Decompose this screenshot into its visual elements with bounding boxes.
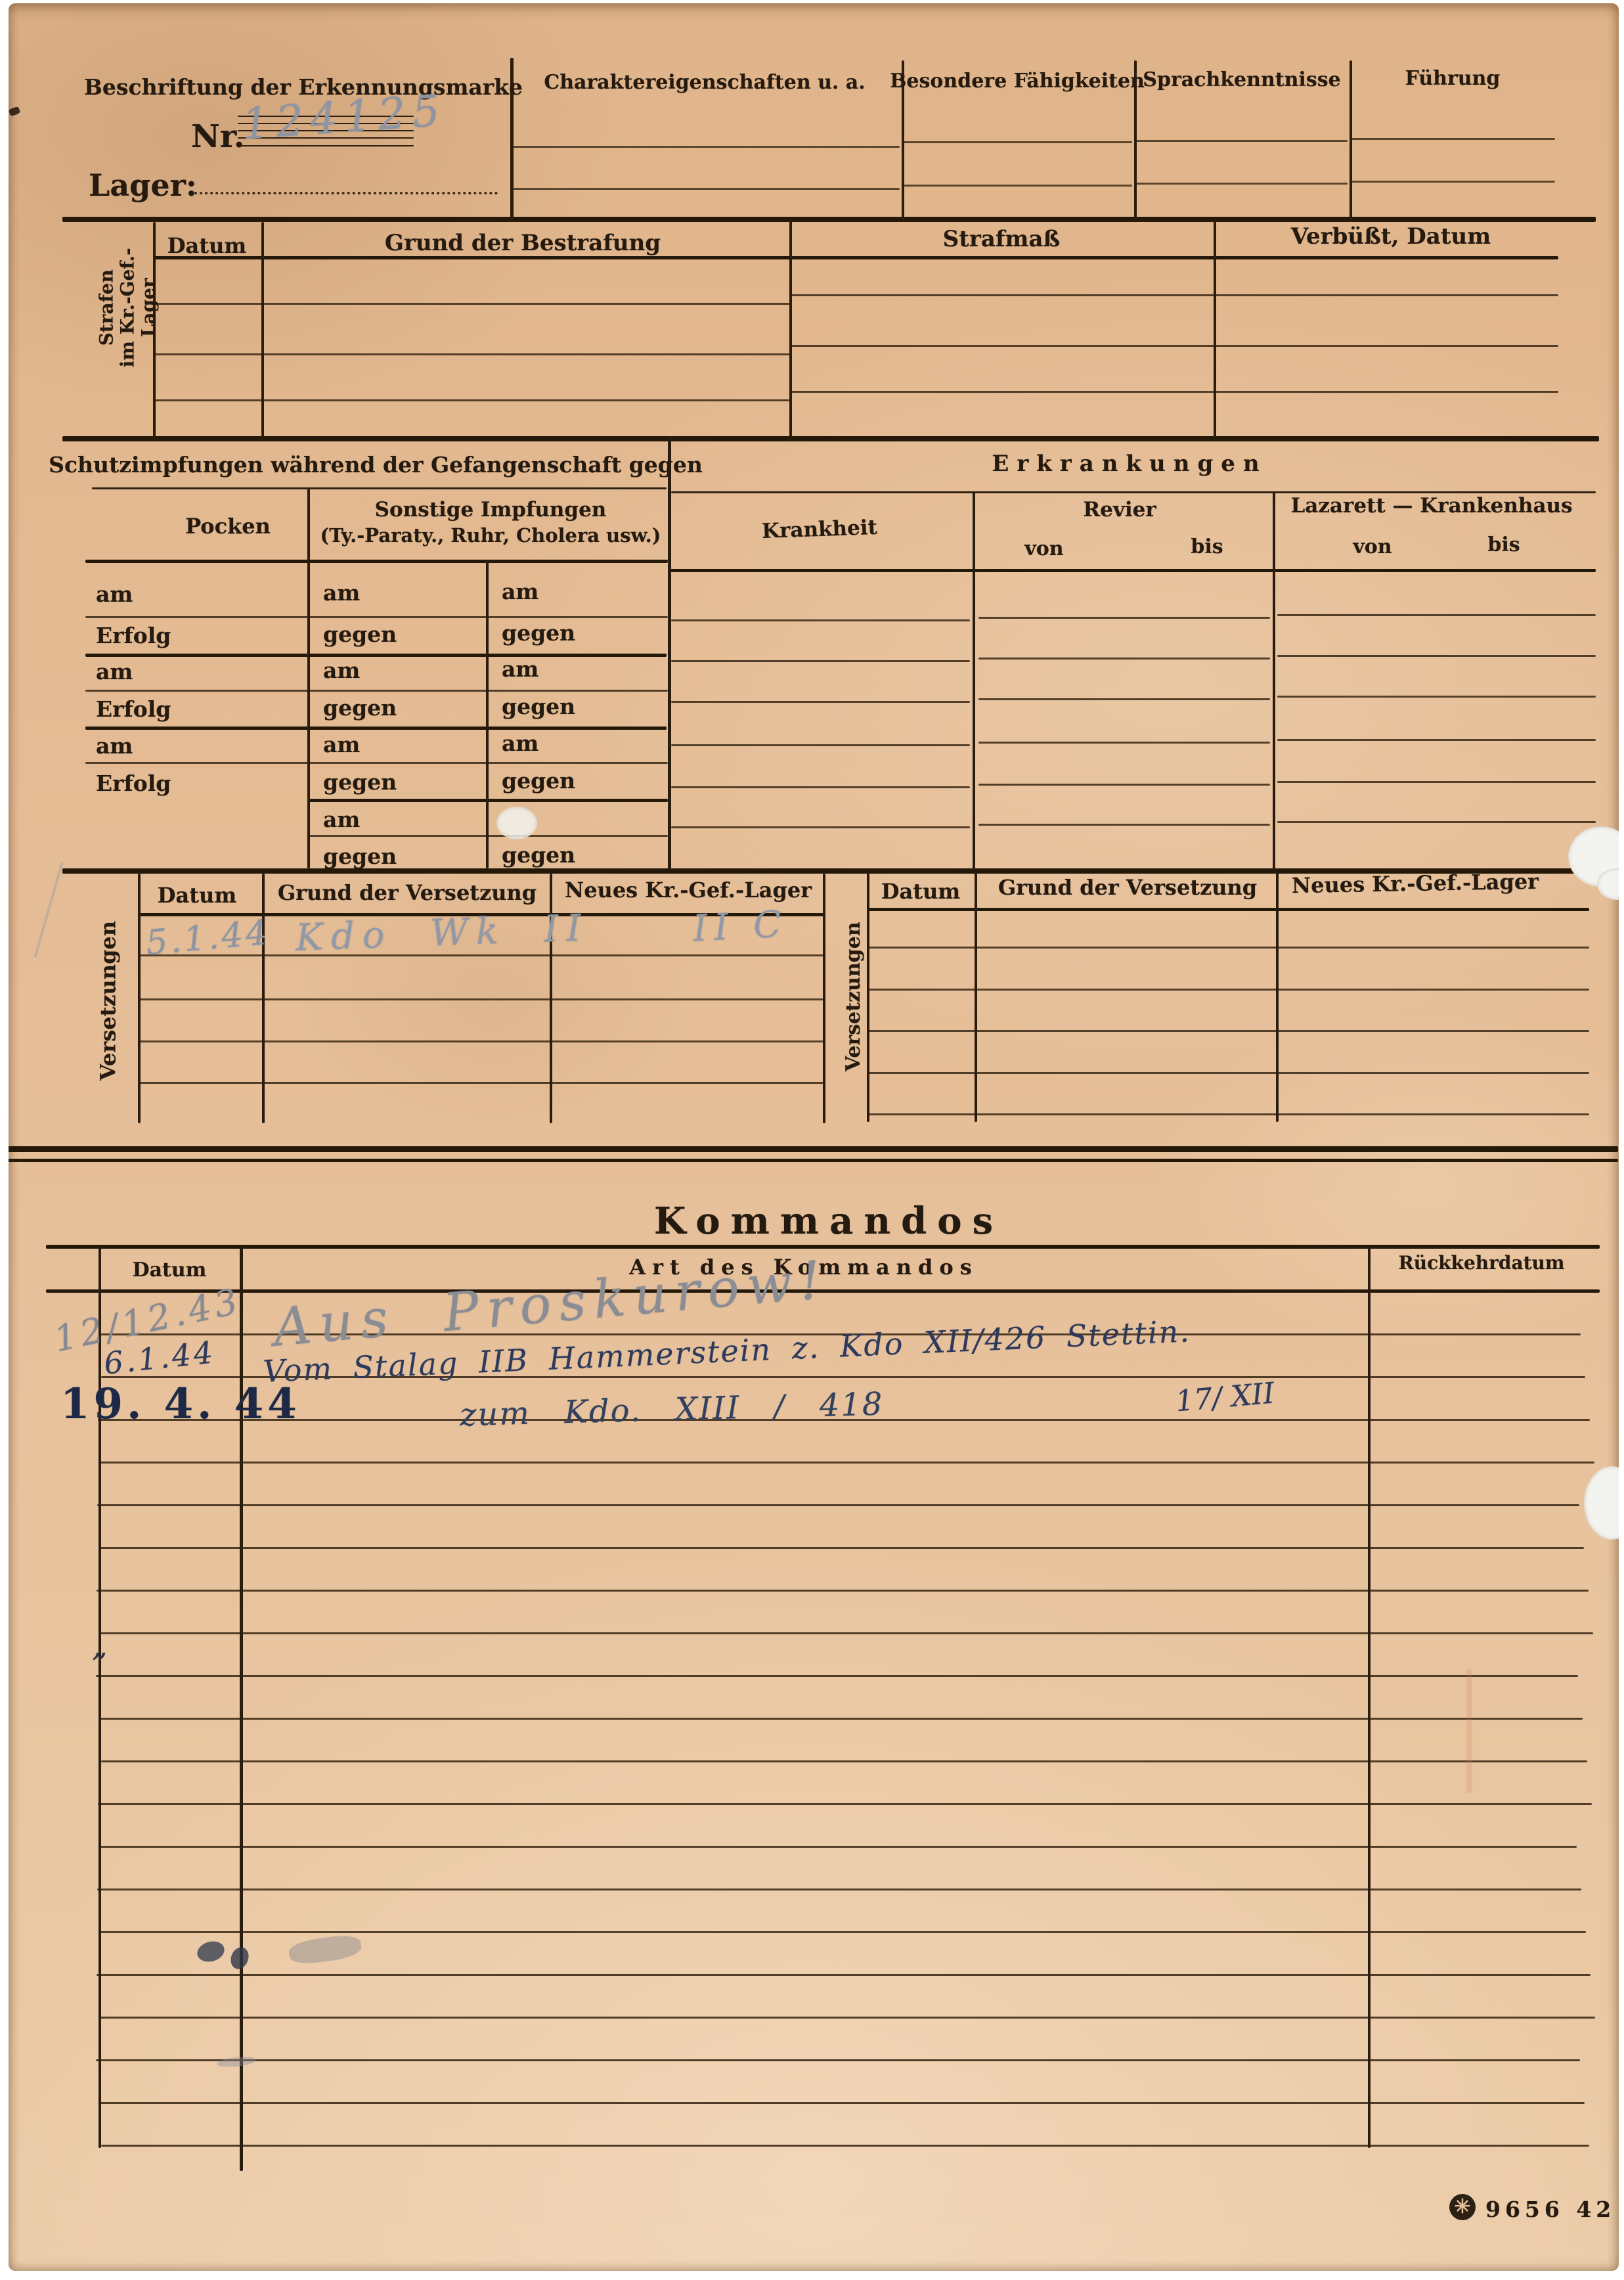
rule-line	[789, 391, 1558, 393]
kommandos-col-rueckkehr: Rückkehrdatum	[1398, 1252, 1564, 1274]
ink-smudge	[195, 1938, 227, 1965]
impf-cell: am	[502, 730, 538, 756]
rule-line	[904, 141, 1132, 143]
scanned-pow-record-card: { "document": { "id_block": { "title": "…	[0, 0, 1624, 2280]
rule-line	[62, 436, 1599, 441]
strafen-col-strafmass: Strafmaß	[943, 226, 1061, 252]
rule-line	[96, 2059, 1580, 2061]
rule-line	[99, 2102, 1585, 2104]
ditto-mark: „	[92, 1628, 108, 1663]
rule-line-vertical	[975, 872, 977, 1122]
traits-col-charakter: Charaktereigenschaften u. a.	[544, 71, 865, 94]
rule-line	[100, 1547, 1584, 1549]
rule-line-vertical	[823, 874, 825, 1123]
impfungen-title: Schutzimpfungen während der Gefangenscha…	[49, 452, 703, 478]
rule-line	[1277, 696, 1596, 698]
nr-label: Nr.	[191, 118, 244, 155]
rule-line	[9, 1159, 1618, 1162]
rule-line	[138, 998, 824, 1000]
erkrankungen-col-revier: Revier	[1083, 498, 1156, 522]
lazarett-von-label: von	[1353, 535, 1392, 558]
impf-cell: am	[323, 807, 360, 832]
rule-line	[1277, 781, 1596, 783]
rule-line	[138, 1082, 824, 1084]
paper-damage-spot	[496, 807, 537, 839]
versetzungen-right-side-label: Versetzungen	[843, 905, 866, 1088]
rule-line-vertical	[668, 436, 671, 870]
impf-cell: am	[96, 659, 133, 684]
rule-line	[100, 1931, 1586, 1933]
vers-left-col-neues: Neues Kr.-Gef.-Lager	[565, 878, 812, 903]
erkrankungen-col-krankheit: Krankheit	[762, 516, 878, 543]
rule-line	[978, 698, 1270, 700]
vers-right-col-grund: Grund der Versetzung	[998, 875, 1257, 900]
pencil-stray-mark	[33, 862, 63, 957]
rule-line	[153, 256, 1558, 259]
impf-cell: gegen	[502, 620, 575, 646]
impf-cell: gegen	[323, 621, 397, 647]
rule-line-vertical	[973, 491, 975, 870]
rule-line	[904, 185, 1132, 187]
rule-line-vertical	[1368, 1246, 1371, 2148]
rule-line	[789, 345, 1558, 347]
rule-line	[97, 1974, 1591, 1976]
print-code: 9656 42 2 D	[1485, 2197, 1619, 2222]
kommando-entry-art: zum Kdo. XIII / 418	[459, 1386, 884, 1434]
rule-line	[978, 617, 1270, 619]
impf-cell: am	[323, 580, 360, 606]
rule-line	[96, 1675, 1578, 1677]
strafen-side-label: Strafen im Kr.-Gef.-Lager	[97, 222, 160, 393]
traits-col-faehigkeiten: Besondere Fähigkeiten	[890, 70, 1145, 93]
paper-sheet: Beschriftung der Erkennungsmarke Nr. 124…	[9, 3, 1619, 2271]
rule-line	[671, 786, 970, 788]
impf-cell: am	[502, 656, 538, 682]
rule-line	[101, 2145, 1589, 2147]
rule-line-vertical	[307, 489, 310, 868]
rule-line	[97, 1504, 1579, 1506]
rule-line	[101, 1760, 1587, 1762]
rule-line	[46, 1245, 1600, 1249]
rule-line-vertical	[138, 874, 141, 1123]
vers-right-col-datum: Datum	[881, 879, 960, 904]
traits-col-fuehrung: Führung	[1405, 67, 1501, 90]
rule-line	[978, 784, 1270, 786]
rule-line	[1351, 138, 1555, 140]
impf-cell: am	[96, 581, 133, 607]
erkrankungen-col-lazarett: Lazarett — Krankenhaus	[1290, 494, 1572, 518]
rule-line	[1351, 181, 1555, 183]
rule-line	[153, 353, 789, 355]
rule-line	[1136, 183, 1348, 185]
ink-speck	[9, 106, 20, 117]
revier-bis-label: bis	[1191, 535, 1223, 558]
rule-line	[1277, 739, 1596, 741]
impf-cell: gegen	[502, 694, 575, 719]
lager-dotted-line	[189, 176, 498, 194]
rule-line	[85, 560, 668, 563]
rule-line	[9, 1146, 1618, 1152]
rule-line-vertical	[1350, 60, 1352, 221]
rule-line	[138, 1040, 824, 1042]
rule-line-vertical	[1214, 219, 1216, 439]
kommandos-col-datum: Datum	[133, 1259, 207, 1282]
rule-line	[85, 654, 667, 657]
strafen-col-grund: Grund der Bestrafung	[385, 230, 661, 256]
revier-von-label: von	[1024, 537, 1063, 560]
rule-line	[100, 1846, 1577, 1848]
lazarett-bis-label: bis	[1487, 533, 1520, 556]
impfungen-col-sonstige-line1: Sonstige Impfungen	[375, 498, 607, 522]
impfungen-col-pocken: Pocken	[185, 514, 271, 539]
impf-cell: am	[96, 733, 133, 759]
impf-cell: Erfolg	[96, 771, 171, 796]
impf-cell: gegen	[502, 768, 575, 794]
paper-stain	[1466, 1668, 1472, 1793]
impf-cell: gegen	[323, 769, 397, 795]
strafen-side-label-line2: im Kr.-Gef.-Lager	[118, 222, 160, 393]
rule-line	[92, 487, 667, 489]
rule-line	[512, 188, 900, 190]
rule-line	[978, 742, 1270, 744]
strafen-col-verbuesst: Verbüßt, Datum	[1291, 223, 1491, 250]
impf-cell: am	[323, 658, 360, 683]
strafen-col-datum: Datum	[167, 233, 246, 258]
rule-line	[671, 660, 970, 662]
rule-line	[1277, 655, 1596, 657]
impf-cell: Erfolg	[96, 696, 171, 722]
rule-line-vertical	[867, 872, 869, 1122]
rule-line	[671, 619, 970, 621]
impf-cell: gegen	[323, 843, 397, 869]
versetzungen-left-side-label: Versetzungen	[97, 908, 121, 1092]
erkrankungen-title: Erkrankungen	[992, 451, 1267, 477]
impf-cell: gegen	[323, 695, 397, 721]
rule-line-vertical	[262, 874, 265, 1123]
lager-label: Lager:	[89, 168, 197, 203]
vers-entry-neues-lager: II C	[691, 903, 789, 950]
impf-cell: am	[502, 579, 538, 604]
impf-cell: gegen	[502, 842, 575, 868]
rule-line	[99, 2017, 1595, 2019]
impf-cell: am	[323, 732, 360, 757]
ink-smudge	[228, 1945, 252, 1972]
rule-line	[1277, 614, 1596, 616]
rule-line	[85, 616, 668, 618]
rule-line	[97, 1590, 1589, 1592]
rule-line	[153, 399, 789, 401]
kommando-entry-datum: 19. 4. 44	[60, 1379, 301, 1429]
rule-line	[671, 826, 970, 828]
rule-line	[85, 762, 668, 764]
vers-left-col-datum: Datum	[158, 883, 236, 908]
impf-cell: Erfolg	[96, 623, 171, 648]
rule-line	[978, 824, 1270, 826]
vers-right-col-neues: Neues Kr.-Gef.-Lager	[1292, 869, 1539, 899]
kommando-entry-rueckkehr-note: 17/ XII	[1174, 1377, 1276, 1419]
rule-line-vertical	[261, 222, 264, 439]
impfungen-col-sonstige-line2: (Ty.-Paraty., Ruhr, Cholera usw.)	[320, 524, 661, 547]
rule-line	[99, 1718, 1583, 1720]
rule-line	[671, 491, 1596, 493]
card-content: Beschriftung der Erkennungsmarke Nr. 124…	[9, 3, 1619, 2271]
rule-line-vertical	[1276, 872, 1279, 1122]
rule-line	[62, 217, 1596, 222]
rule-line	[153, 303, 789, 305]
rule-line	[671, 701, 970, 703]
ink-smudge	[288, 1933, 362, 1967]
strafen-side-label-line1: Strafen	[97, 222, 118, 393]
rule-line	[1136, 140, 1348, 142]
rule-line	[512, 146, 900, 148]
kommandos-title: Kommandos	[654, 1199, 1003, 1243]
rule-line	[978, 658, 1270, 659]
pencil-smudge	[216, 2055, 256, 2068]
rule-line-vertical	[789, 219, 792, 439]
rule-line	[1277, 821, 1596, 823]
rule-line	[85, 690, 668, 692]
rule-line	[97, 1889, 1581, 1890]
rule-line-vertical	[486, 560, 489, 868]
rule-line-vertical	[1273, 491, 1275, 870]
rule-line	[671, 744, 970, 746]
rule-line	[789, 294, 1558, 296]
eagle-emblem-icon: ✳	[1449, 2194, 1476, 2220]
traits-col-sprachkenntnisse: Sprachkenntnisse	[1143, 68, 1340, 91]
rule-line	[670, 569, 1596, 572]
torn-notch	[1584, 1466, 1619, 1540]
rule-line	[85, 726, 667, 730]
vers-left-col-grund: Grund der Versetzung	[278, 880, 537, 905]
